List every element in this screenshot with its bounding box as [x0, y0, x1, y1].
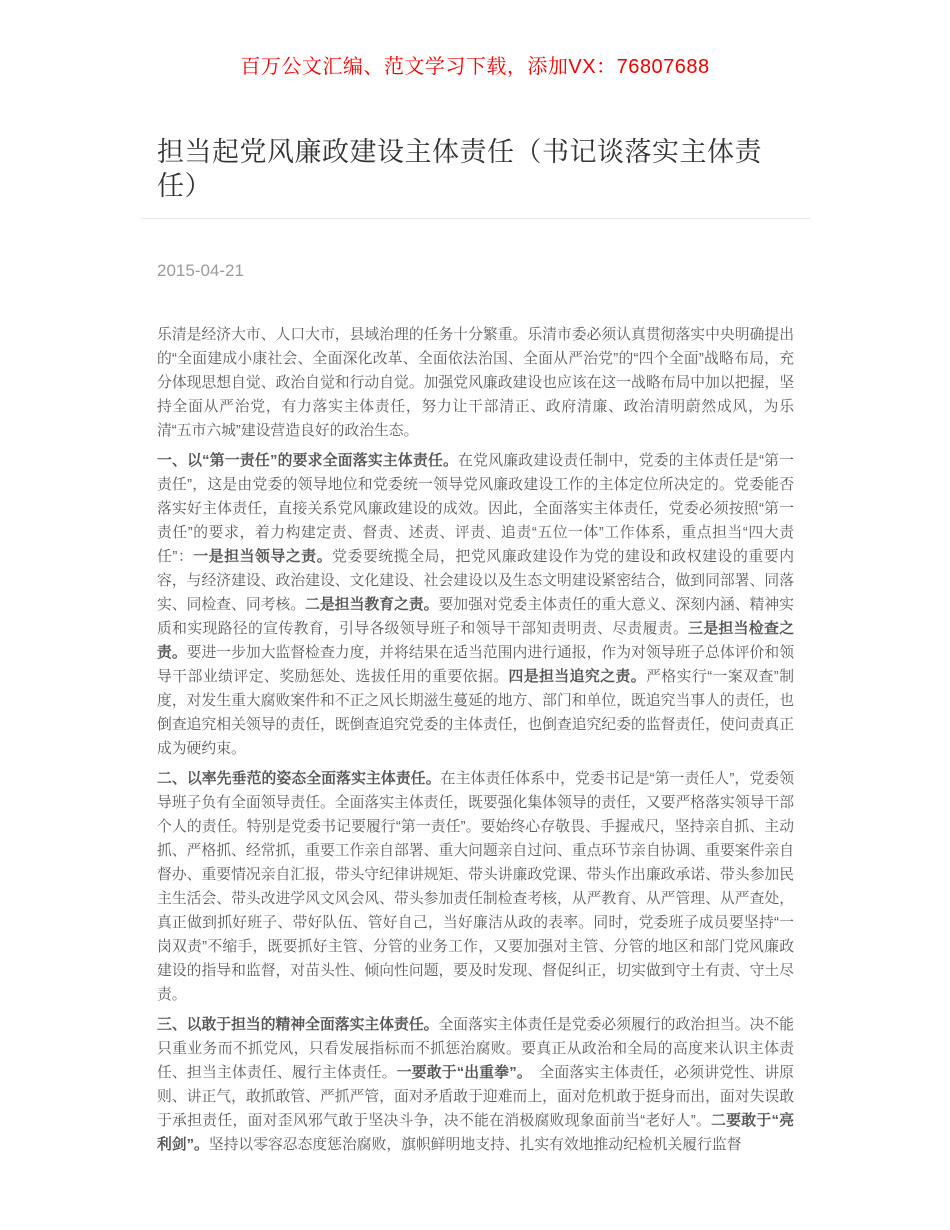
article-paragraph-section-1: 一、以“第一责任”的要求全面落实主体责任。在党风廉政建设责任制中，党委的主体责任…: [157, 449, 794, 761]
article-paragraph-section-2: 二、以率先垂范的姿态全面落实主体责任。在主体责任体系中，党委书记是“第一责任人”…: [157, 767, 794, 1007]
text-run: 坚持以零容忍态度惩治腐败，旗帜鲜明地支持、扎实有效地推动纪检机关履行监督: [209, 1137, 742, 1153]
bold-text-run: 一是担当领导之责。: [193, 549, 332, 565]
document-page: 百万公文汇编、范文学习下载，添加VX：76807688 担当起党风廉政建设主体责…: [0, 55, 950, 1157]
bold-text-run: 二是担当教育之责。: [305, 597, 438, 613]
article: 担当起党风廉政建设主体责任（书记谈落实主体责任） 2015-04-21 乐清是经…: [141, 135, 810, 1157]
article-body: 乐清是经济大市、人口大市，县域治理的任务十分繁重。乐清市委必须认真贯彻落实中央明…: [141, 323, 810, 1157]
bold-text-run: 二、以率先垂范的姿态全面落实主体责任。: [157, 771, 441, 787]
article-paragraph-intro: 乐清是经济大市、人口大市，县域治理的任务十分繁重。乐清市委必须认真贯彻落实中央明…: [157, 323, 794, 443]
text-run: 在主体责任体系中，党委书记是“第一责任人”，党委领导班子负有全面领导责任。全面落…: [157, 771, 794, 1003]
bold-text-run: 四是担当追究之责。: [509, 669, 647, 685]
promo-banner-text: 百万公文汇编、范文学习下载，添加VX：76807688: [0, 55, 950, 79]
bold-text-run: 一要敢于“出重拳”。: [397, 1065, 532, 1081]
article-title: 担当起党风廉政建设主体责任（书记谈落实主体责任）: [141, 135, 810, 203]
article-paragraph-section-3: 三、以敢于担当的精神全面落实主体责任。全面落实主体责任是党委必须履行的政治担当。…: [157, 1013, 794, 1157]
title-divider: [141, 218, 810, 219]
bold-text-run: 三、以敢于担当的精神全面落实主体责任。: [157, 1017, 438, 1033]
text-run: 乐清是经济大市、人口大市，县域治理的任务十分繁重。乐清市委必须认真贯彻落实中央明…: [157, 327, 794, 439]
article-date: 2015-04-21: [141, 261, 810, 281]
bold-text-run: 一、以“第一责任”的要求全面落实主体责任。: [157, 453, 458, 469]
